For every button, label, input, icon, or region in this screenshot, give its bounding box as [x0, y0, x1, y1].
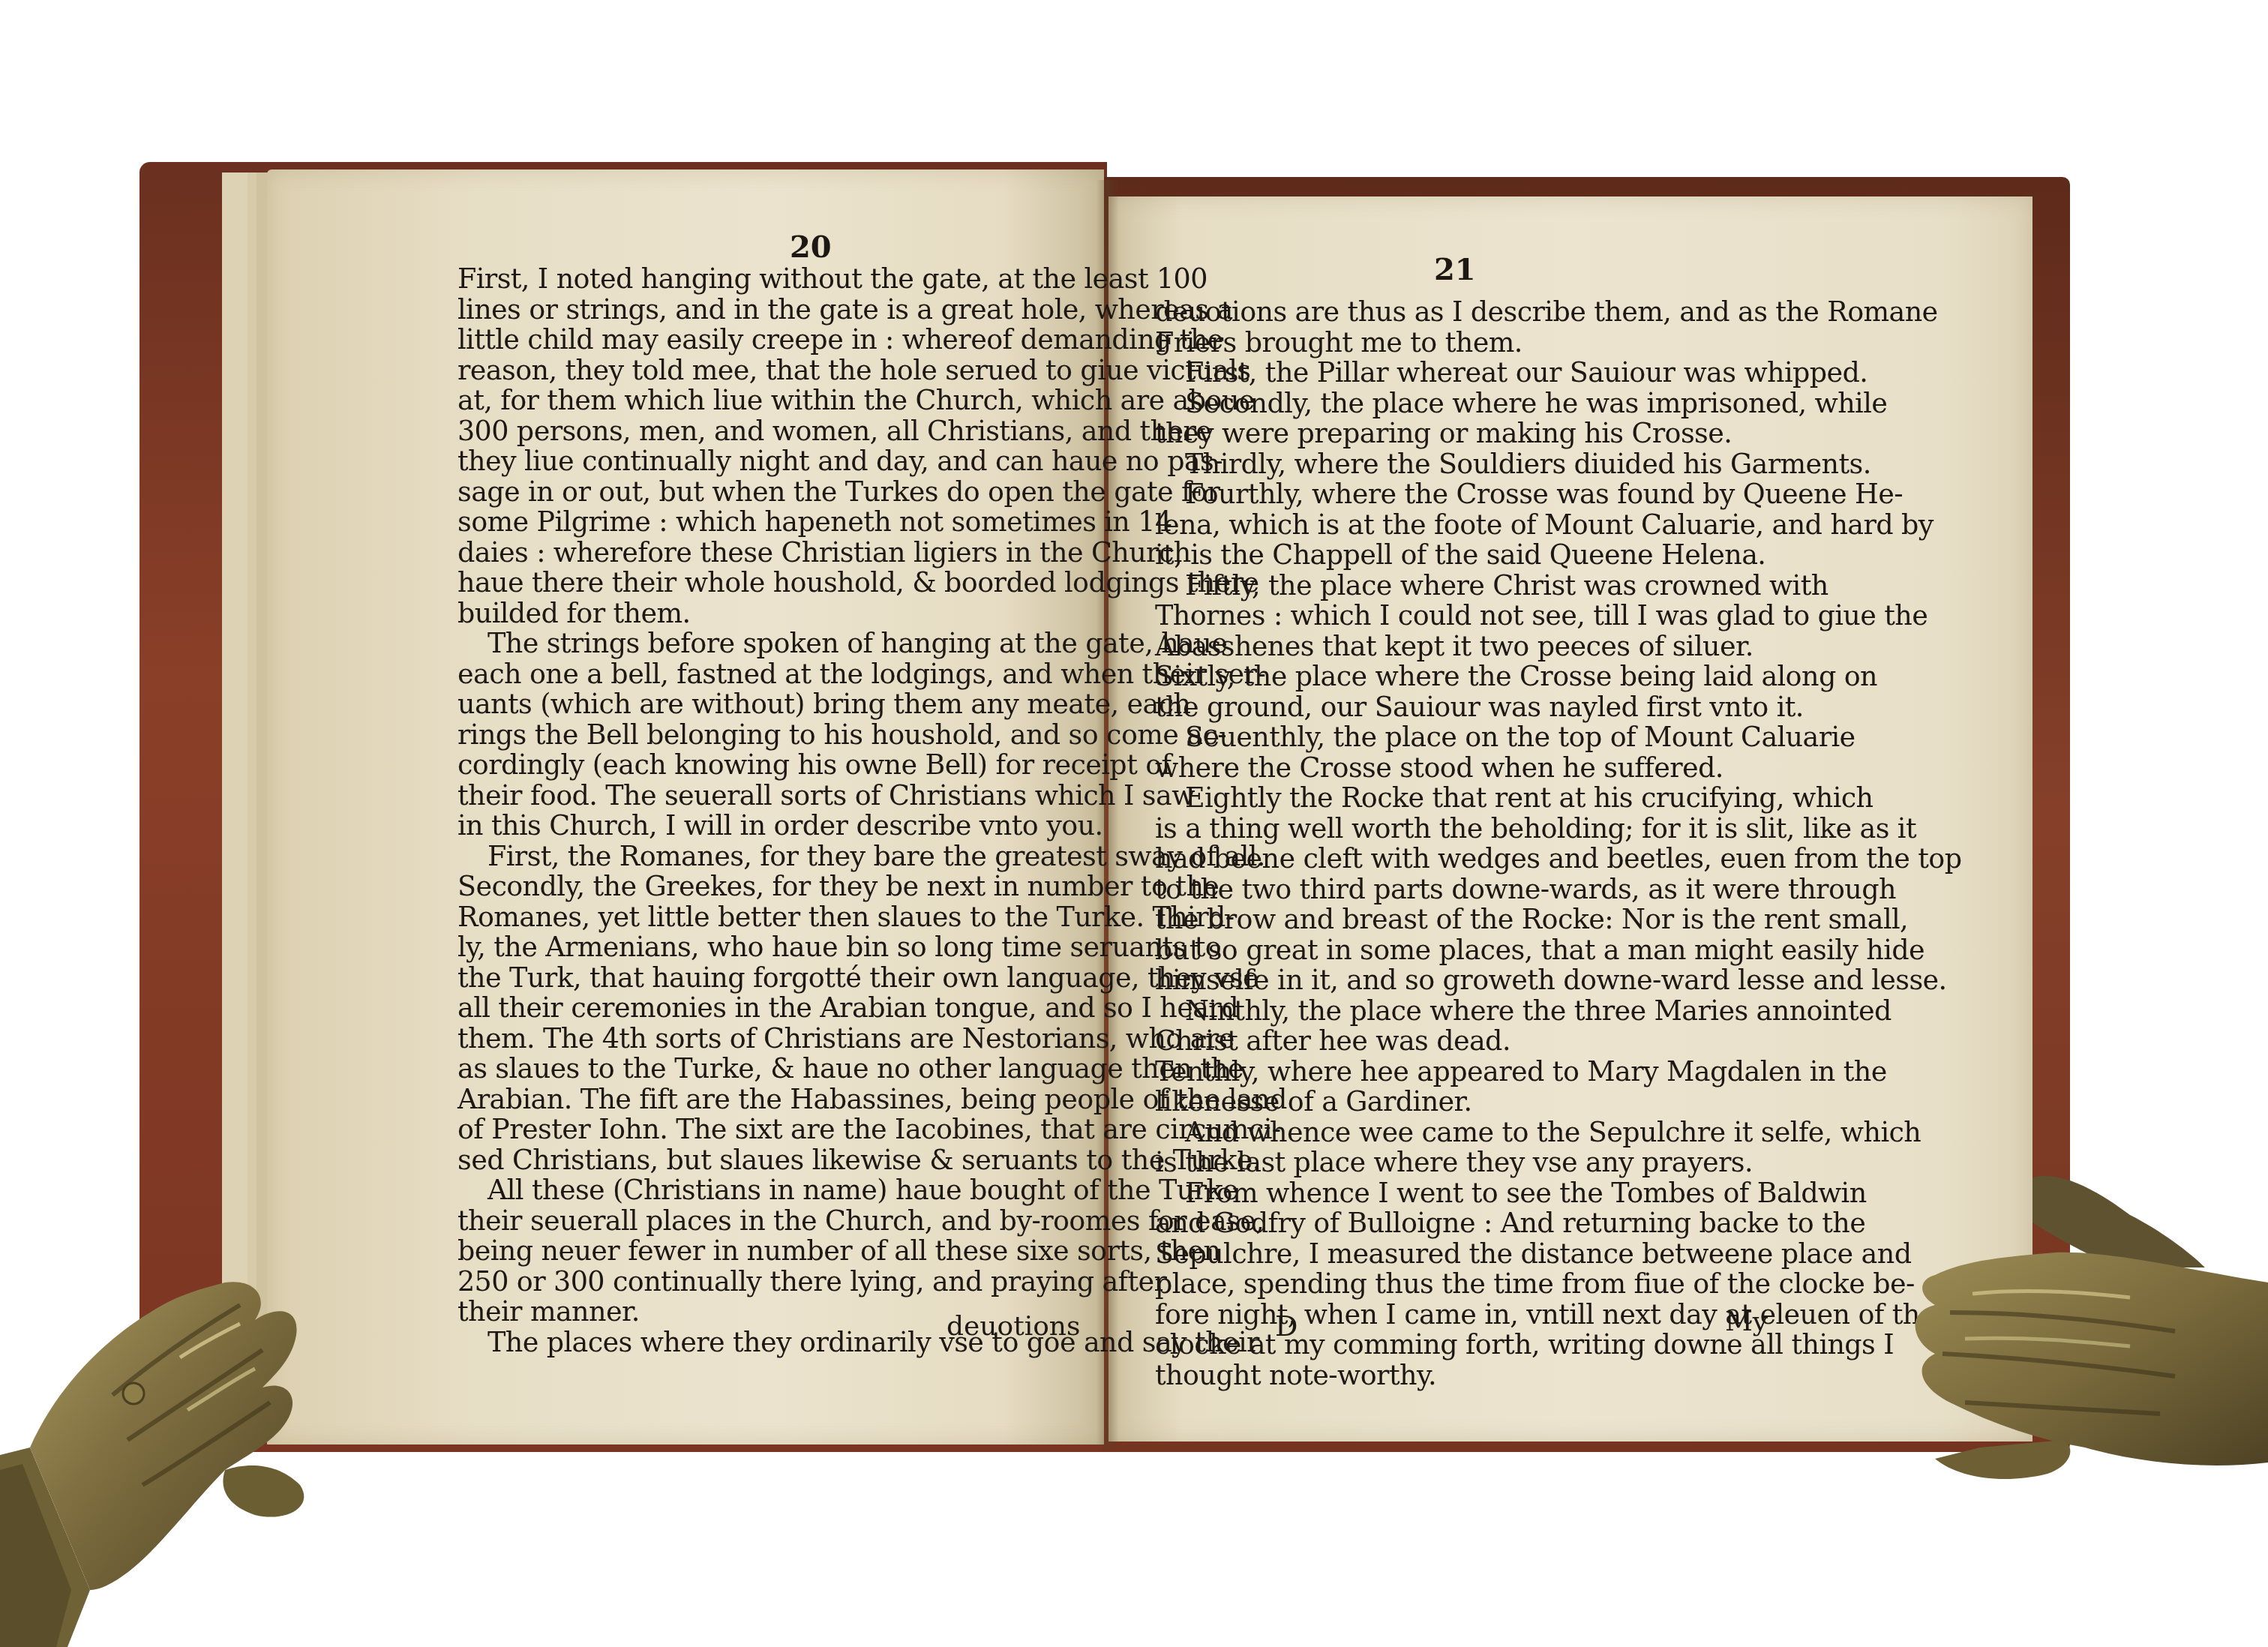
left-page-text: First, I noted hanging without the gate,… — [457, 264, 1072, 1357]
text-line: lines or strings, and in the gate is a g… — [457, 295, 1072, 325]
text-line: Romanes, yet little better then slaues t… — [457, 902, 1072, 933]
text-line: is the last place where they vse any pra… — [1155, 1147, 1770, 1178]
right-page-text: deuotions are thus as I describe them, a… — [1155, 297, 1770, 1390]
text-line: the ground, our Sauiour was nayled first… — [1155, 692, 1770, 723]
text-line: Abasshenes that kept it two peeces of si… — [1155, 631, 1770, 662]
text-line: each one a bell, fastned at the lodgings… — [457, 659, 1072, 690]
signature-mark: D — [1275, 1309, 1297, 1342]
text-line: Fiftly, the place where Christ was crown… — [1155, 571, 1770, 601]
text-line: in this Church, I will in order describe… — [457, 811, 1072, 841]
text-line: 250 or 300 continually there lying, and … — [457, 1267, 1072, 1297]
text-line: Sixtly, the place where the Crosse being… — [1155, 661, 1770, 692]
text-line: being neuer fewer in number of all these… — [457, 1236, 1072, 1267]
text-line: Thirdly, where the Souldiers diuided his… — [1155, 449, 1770, 480]
text-line: 300 persons, men, and women, all Christi… — [457, 416, 1072, 447]
brass-hand-right-icon — [1890, 1162, 2268, 1492]
text-line: is a thing well worth the beholding; for… — [1155, 814, 1770, 844]
text-line: to the two third parts downe-wards, as i… — [1155, 874, 1770, 905]
text-line: where the Crosse stood when he suffered. — [1155, 753, 1770, 784]
text-line: as slaues to the Turke, & haue no other … — [457, 1054, 1072, 1084]
text-line: had beene cleft with wedges and beetles,… — [1155, 844, 1770, 874]
text-line: Christ after hee was dead. — [1155, 1026, 1770, 1057]
text-line: Secondly, the place where he was impriso… — [1155, 388, 1770, 419]
text-line: little child may easily creepe in : wher… — [457, 325, 1072, 355]
text-line: ly, the Armenians, who haue bin so long … — [457, 932, 1072, 963]
page-number-right: 21 — [1434, 252, 1476, 287]
text-line: deuotions are thus as I describe them, a… — [1155, 297, 1770, 328]
text-line: cordingly (each knowing his owne Bell) f… — [457, 750, 1072, 781]
catchword-left: deuotions — [946, 1311, 1081, 1342]
text-line: all their ceremonies in the Arabian tong… — [457, 993, 1072, 1024]
text-line: fore night, when I came in, vntill next … — [1155, 1300, 1770, 1330]
catchword-right: My — [1725, 1306, 1768, 1337]
text-line: rings the Bell belonging to his houshold… — [457, 720, 1072, 751]
text-line: Seuenthly, the place on the top of Mount… — [1155, 722, 1770, 753]
text-line: Sepulchre, I measured the distance betwe… — [1155, 1239, 1770, 1270]
text-line: All these (Christians in name) haue boug… — [457, 1175, 1072, 1206]
text-line: thought note-worthy. — [1155, 1360, 1770, 1391]
text-line: And whence wee came to the Sepulchre it … — [1155, 1117, 1770, 1148]
text-line: them. The 4th sorts of Christians are Ne… — [457, 1024, 1072, 1054]
text-line: clocke at my comming forth, writing down… — [1155, 1330, 1770, 1360]
text-line: haue there their whole houshold, & boord… — [457, 568, 1072, 598]
text-line: they were preparing or making his Crosse… — [1155, 418, 1770, 449]
text-line: reason, they told mee, that the hole ser… — [457, 355, 1072, 386]
text-line: First, I noted hanging without the gate,… — [457, 264, 1072, 295]
text-line: they liue continually night and day, and… — [457, 446, 1072, 477]
text-line: himselfe in it, and so groweth downe-war… — [1155, 965, 1770, 996]
text-line: and Godfry of Bulloigne : And returning … — [1155, 1208, 1770, 1239]
text-line: From whence I went to see the Tombes of … — [1155, 1178, 1770, 1209]
text-line: likenesse of a Gardiner. — [1155, 1087, 1770, 1117]
text-line: builded for them. — [457, 598, 1072, 629]
text-line: The strings before spoken of hanging at … — [457, 628, 1072, 659]
text-line: Arabian. The fift are the Habassines, be… — [457, 1084, 1072, 1115]
text-line: of Prester Iohn. The sixt are the Iacobi… — [457, 1114, 1072, 1145]
text-line: the Turk, that hauing forgotté their own… — [457, 963, 1072, 994]
text-line: sage in or out, but when the Turkes do o… — [457, 477, 1072, 508]
text-line: sed Christians, but slaues likewise & se… — [457, 1145, 1072, 1176]
text-line: Thornes : which I could not see, till I … — [1155, 601, 1770, 631]
text-line: Secondly, the Greekes, for they be next … — [457, 871, 1072, 902]
text-line: Friers brought me to them. — [1155, 328, 1770, 358]
text-line: their food. The seuerall sorts of Christ… — [457, 781, 1072, 811]
text-line: but so great in some places, that a man … — [1155, 935, 1770, 966]
text-line: First, the Romanes, for they bare the gr… — [457, 841, 1072, 872]
text-line: daies : wherefore these Christian ligier… — [457, 538, 1072, 568]
page-number-left: 20 — [790, 229, 832, 265]
text-line: uants (which are without) bring them any… — [457, 689, 1072, 720]
text-line: Tenthly, where hee appeared to Mary Magd… — [1155, 1057, 1770, 1087]
text-line: their seuerall places in the Church, and… — [457, 1206, 1072, 1237]
text-line: it, is the Chappell of the said Queene H… — [1155, 540, 1770, 571]
text-line: some Pilgrime : which hapeneth not somet… — [457, 507, 1072, 538]
text-line: the brow and breast of the Rocke: Nor is… — [1155, 904, 1770, 935]
text-line: place, spending thus the time from fiue … — [1155, 1269, 1770, 1300]
text-line: First, the Pillar whereat our Sauiour wa… — [1155, 358, 1770, 388]
text-line: Ninthly, the place where the three Marie… — [1155, 996, 1770, 1027]
text-line: lena, which is at the foote of Mount Cal… — [1155, 510, 1770, 541]
text-line: Fourthly, where the Crosse was found by … — [1155, 479, 1770, 510]
text-line: Eightly the Rocke that rent at his cruci… — [1155, 783, 1770, 814]
text-line: at, for them which liue within the Churc… — [457, 385, 1072, 416]
brass-hand-left-icon — [0, 1267, 390, 1647]
